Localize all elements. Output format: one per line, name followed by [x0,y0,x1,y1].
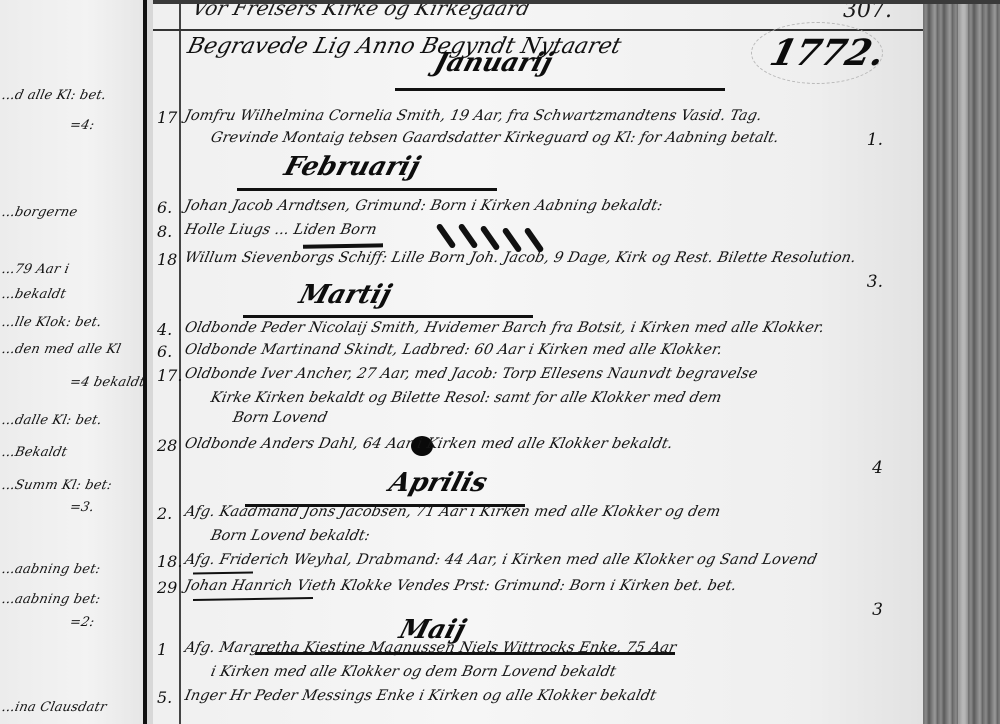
entry-text: Jomfru Wilhelmina Cornelia Smith, 19 Aar… [183,108,763,124]
entry-text: Inger Hr Peder Messings Enke i Kirken og… [183,688,657,704]
month-heading: Januarij [431,48,556,78]
entry-text: Oldbonde Anders Dahl, 64 Aar i Kirken me… [183,436,674,452]
entry-text: Afg. Margretha Kiestine Magnussen Niels … [183,640,677,656]
left-page-fragment: ...d alle Kl: bet.=4:...borgerne...79 Aa… [0,0,145,724]
cross-out-mark [436,223,457,249]
entry-tally: 3. [867,272,883,292]
left-page-line: =3. [68,500,95,515]
cross-out-mark [458,223,479,249]
register-page: Vor Frelsers Kirke og Kirkegaard 307. Be… [153,4,923,724]
entry-day: 18. [157,552,182,571]
entry-text: Holle Liugs ... Liden Born [183,222,378,238]
entry-continuation: Born Lovend bekaldt: [209,528,371,544]
entry-tally: 1. [867,130,883,150]
entry-day: 6. [157,342,172,361]
month-heading: Februarij [281,152,424,182]
left-page-line: ...79 Aar i [0,262,70,277]
entry-text: Afg. Friderich Weyhal, Drabmand: 44 Aar,… [183,552,818,568]
date-margin-rule [179,4,181,724]
entry-tally: 4 [872,458,883,478]
entry-day: 17 [157,108,177,127]
left-page-line: ...lle Klok: bet. [0,315,103,330]
entry-day: 2. [157,504,172,523]
left-page-line: ...Bekaldt [0,445,68,460]
entry-text: Johan Hanrich Vieth Klokke Vendes Prst: … [183,578,738,594]
strike-through [193,571,253,574]
entry-day: 4. [157,320,172,339]
strike-through [193,597,313,601]
entry-continuation: Kirke Kirken bekaldt og Bilette Resol: s… [209,390,723,406]
entry-day: 29 [157,578,177,597]
left-page-line: ...borgerne [0,205,78,220]
entry-day: 6. [157,198,172,217]
entry-text: Johan Jacob Arndtsen, Grimund: Born i Ki… [183,198,664,214]
register-year: 1772. [766,32,889,74]
strike-through [303,243,383,248]
month-heading: Martij [296,280,395,310]
left-page-line: ...aabning bet: [0,592,101,607]
left-page-line: ...d alle Kl: bet. [0,88,107,103]
binding-highlight [958,4,968,724]
entry-day: 5. [157,688,172,707]
left-page-line: ...den med alle Kl [0,342,122,357]
entry-text: Oldbonde Iver Ancher, 27 Aar, med Jacob:… [183,366,759,382]
entry-text: Oldbonde Peder Nicolaij Smith, Hvidemer … [183,320,825,336]
month-underline [237,188,497,191]
month-heading: Aprilis [386,468,491,498]
entry-day: 1 [157,640,167,659]
running-head: Vor Frelsers Kirke og Kirkegaard [190,4,533,20]
left-page-line: ...bekaldt [0,287,67,302]
entry-text: Oldbonde Martinand Skindt, Ladbred: 60 A… [183,342,723,358]
month-underline [243,315,533,318]
entry-continuation: Grevinde Montaig tebsen Gaardsdatter Kir… [209,130,780,146]
cross-out-mark [480,225,501,251]
entry-continuation: i Kirken med alle Klokker og dem Born Lo… [209,664,617,680]
entry-day: 17. [157,366,182,385]
left-page-line: ...aabning bet: [0,562,101,577]
left-page-line: ...dalle Kl: bet. [0,413,103,428]
entry-day: 18 [157,250,177,269]
left-page-line: ...ina Clausdatr [0,700,108,715]
entry-continuation: Born Lovend [231,410,328,426]
entry-text: Willum Sievenborgs Schiff: Lille Born Jo… [183,250,857,266]
month-underline [395,88,725,91]
page-number: 307. [843,4,892,23]
entry-day: 8. [157,222,172,241]
left-page-line: =4 bekaldt [68,375,145,390]
left-page-line: ...Summ Kl: bet: [0,478,113,493]
entry-day: 28 [157,436,177,455]
register-title: Begravede Lig Anno Begyndt Nytaaret [185,34,624,59]
left-page-line: =2: [68,615,95,630]
entry-text: Afg. Kaadmand Jons Jacobsen, 71 Aar i Ki… [183,504,722,520]
left-page-line: =4: [68,118,95,133]
entry-tally: 3 [872,600,883,620]
